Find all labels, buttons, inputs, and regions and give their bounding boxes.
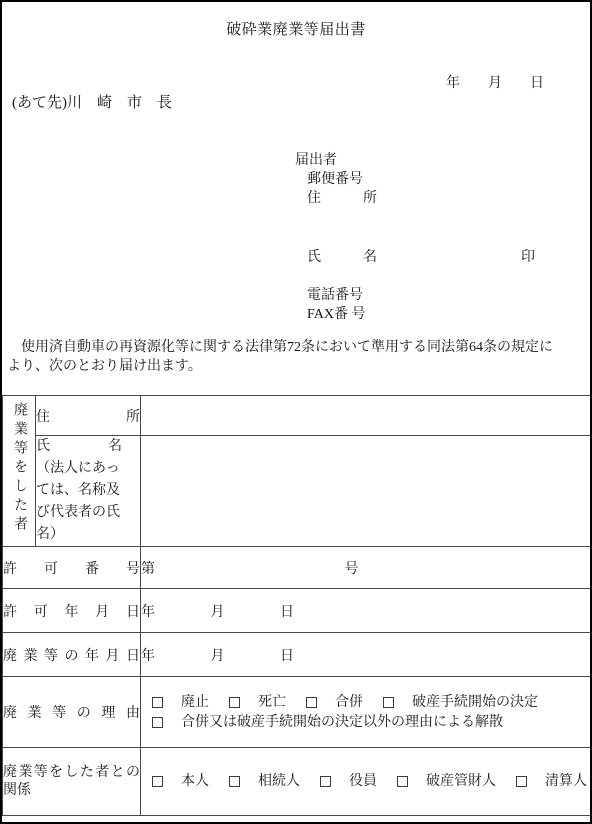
form-title: 破砕業廃業等届出書 <box>2 18 590 39</box>
year-label: 年 <box>141 605 155 620</box>
address-label: 住 所 <box>295 189 377 208</box>
permit-number-label: 許可番号 <box>3 547 141 589</box>
seal-label: 印 <box>521 248 535 267</box>
reason-options-line1: 廃止 死亡 合併 破産手続開始の決定 <box>141 694 590 711</box>
checkbox-icon[interactable] <box>229 776 240 787</box>
name-line: 氏 名 印 <box>295 248 377 267</box>
checkbox-icon[interactable] <box>152 776 163 787</box>
spacer <box>295 267 377 286</box>
person-name-note: （法人にあっては、名称及び代表者の氏名） <box>36 458 122 546</box>
person-name-label-cell: 氏名 （法人にあっては、名称及び代表者の氏名） <box>36 436 141 547</box>
reason-options-line2: 合併又は破産手続開始の決定以外の理由による解散 <box>141 714 590 731</box>
checkbox-label: 廃止 <box>181 694 209 711</box>
checkbox-label: 相続人 <box>258 773 300 790</box>
permit-number-prefix: 第 <box>141 562 155 577</box>
person-name-value-field[interactable] <box>141 436 591 547</box>
checkbox-option: 破産管財人 <box>397 773 496 790</box>
relation-options-cell: 本人 相続人 役員 破産管財人 <box>141 748 591 816</box>
postal-code-label: 郵便番号 <box>295 170 377 189</box>
checkbox-option: 合併又は破産手続開始の決定以外の理由による解散 <box>152 714 503 731</box>
notifier-block: 届出者 郵便番号 住 所 氏 名 印 電話番号 FAX番 号 <box>295 151 377 324</box>
checkbox-icon[interactable] <box>320 776 331 787</box>
discontinue-date-label: 廃業等の年月日 <box>3 633 141 677</box>
checkbox-label: 破産手続開始の決定 <box>412 694 538 711</box>
name-label: 氏 名 <box>307 250 377 265</box>
permit-number-suffix: 号 <box>345 562 359 577</box>
reason-options-cell: 廃止 死亡 合併 破産手続開始の決定 <box>141 677 591 748</box>
checkbox-option: 廃止 <box>152 694 209 711</box>
relation-label: 廃業等をした者との関係 <box>3 748 141 816</box>
checkbox-option: 本人 <box>152 773 209 790</box>
checkbox-option: 清算人 <box>516 773 587 790</box>
person-address-label: 住所 <box>36 396 141 436</box>
checkbox-icon[interactable] <box>397 776 408 787</box>
checkbox-label: 破産管財人 <box>426 773 496 790</box>
person-name-label: 氏名 <box>36 436 122 458</box>
checkbox-label: 清算人 <box>545 773 587 790</box>
addressee: (あて先)川 崎 市 長 <box>12 94 172 113</box>
checkbox-option: 合併 <box>306 694 363 711</box>
legal-statement: 使用済自動車の再資源化等に関する法律第72条において準用する同法第64条の規定に… <box>7 338 590 376</box>
phone-label: 電話番号 <box>295 286 377 305</box>
checkbox-label: 役員 <box>349 773 377 790</box>
month-label: 月 <box>211 605 225 620</box>
fax-label: FAX番 号 <box>295 305 377 324</box>
checkbox-option: 死亡 <box>229 694 286 711</box>
checkbox-icon[interactable] <box>306 697 317 708</box>
checkbox-icon[interactable] <box>516 776 527 787</box>
day-label: 日 <box>280 649 294 664</box>
checkbox-label: 本人 <box>181 773 209 790</box>
checkbox-option: 役員 <box>320 773 377 790</box>
checkbox-icon[interactable] <box>229 697 240 708</box>
day-label: 日 <box>280 605 294 620</box>
discontinue-date-value-field[interactable]: 年 月 日 <box>141 633 591 677</box>
checkbox-option: 相続人 <box>229 773 300 790</box>
notification-table: 廃業等をした者 住所 氏名 （法人にあっては、名称及び代表者の氏名） 許可番号 … <box>2 395 591 816</box>
checkbox-label: 合併 <box>335 694 363 711</box>
reason-label: 廃業等の理由 <box>3 677 141 748</box>
person-group-header: 廃業等をした者 <box>3 396 36 547</box>
relation-options: 本人 相続人 役員 破産管財人 <box>141 773 590 790</box>
permit-number-value-field[interactable]: 第 号 <box>141 547 591 589</box>
checkbox-icon[interactable] <box>152 717 163 728</box>
reason-options: 廃止 死亡 合併 破産手続開始の決定 <box>141 694 590 731</box>
year-label: 年 <box>141 649 155 664</box>
form-page: 破砕業廃業等届出書 年 月 日 (あて先)川 崎 市 長 届出者 郵便番号 住 … <box>0 0 592 824</box>
checkbox-option: 破産手続開始の決定 <box>383 694 538 711</box>
checkbox-icon[interactable] <box>383 697 394 708</box>
permit-date-value-field[interactable]: 年 月 日 <box>141 589 591 633</box>
checkbox-icon[interactable] <box>152 697 163 708</box>
person-address-value-field[interactable] <box>141 396 591 436</box>
notifier-heading: 届出者 <box>295 151 377 170</box>
month-label: 月 <box>211 649 225 664</box>
checkbox-label: 合併又は破産手続開始の決定以外の理由による解散 <box>181 714 503 731</box>
person-group-label: 廃業等をした者 <box>12 402 26 535</box>
spacer <box>295 208 377 248</box>
checkbox-label: 死亡 <box>258 694 286 711</box>
date-line: 年 月 日 <box>446 74 590 93</box>
permit-date-label: 許可年月日 <box>3 589 141 633</box>
